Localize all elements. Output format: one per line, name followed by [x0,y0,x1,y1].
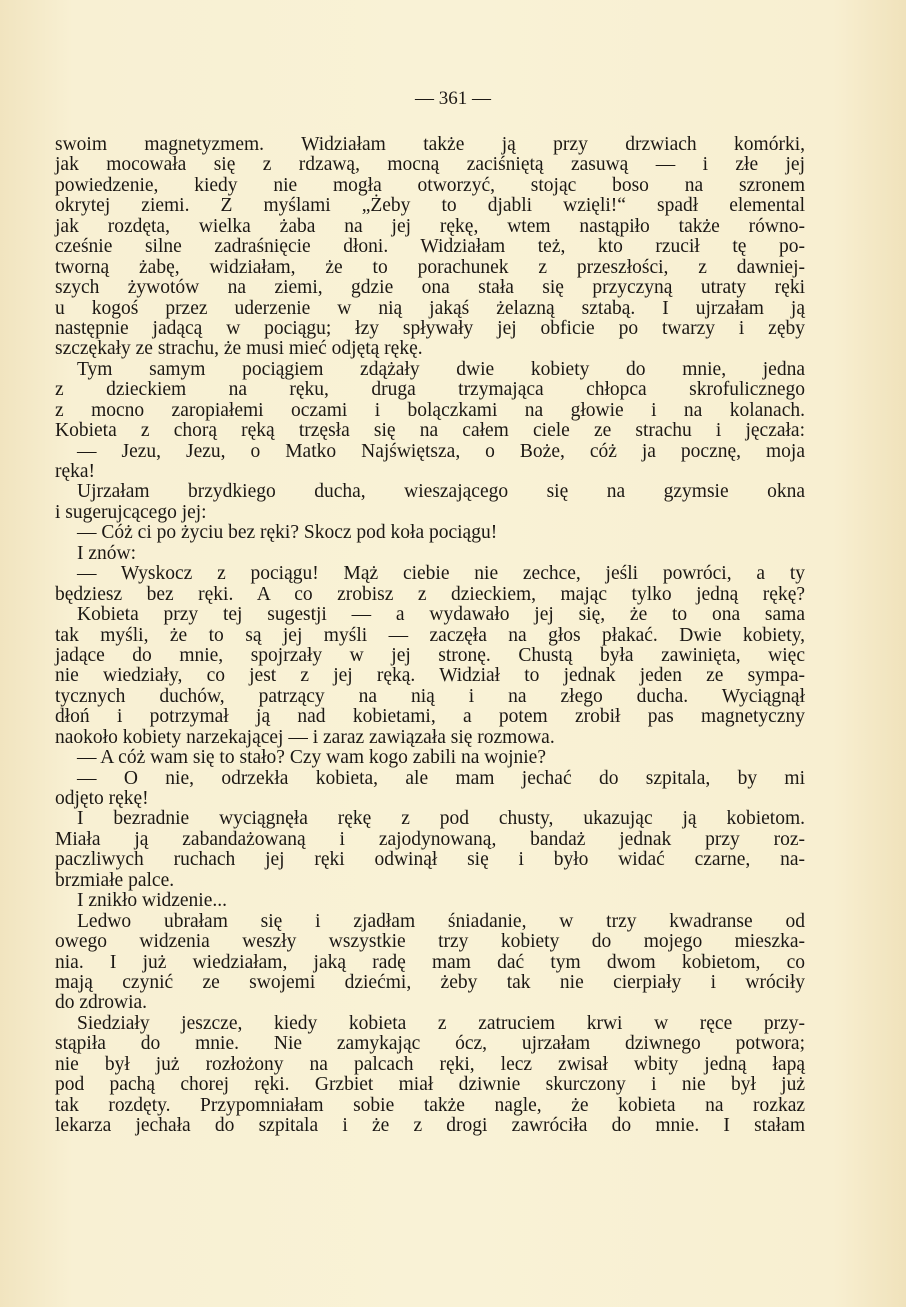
text-line: pod pachą chorej ręki. Grzbiet miał dziw… [55,1075,805,1095]
text-line: tycznych duchów, patrzący na nią i na zł… [55,687,805,707]
text-line: tak myśli, że to są jej myśli — zaczęła … [55,626,805,646]
text-line: naokoło kobiety narzekającej — i zaraz z… [55,728,805,748]
text-line: nie wiedziały, co jest z jej ręką. Widzi… [55,666,805,686]
text-line: brzmiałe palce. [55,871,805,891]
text-line: — Jezu, Jezu, o Matko Najświętsza, o Boż… [55,442,805,462]
text-line: następnie jadącą w pociągu; łzy spływały… [55,319,805,339]
text-line: okrytej ziemi. Z myślami „Żeby to djabli… [55,196,805,216]
text-line: odjęto rękę! [55,789,805,809]
text-line: dłoń i potrzymał ją nad kobietami, a pot… [55,707,805,727]
text-line: Ledwo ubrałam się i zjadłam śniadanie, w… [55,912,805,932]
text-line: I znów: [55,544,805,564]
text-line: — Wyskocz z pociągu! Mąż ciebie nie zech… [55,564,805,584]
text-line: paczliwych ruchach jej ręki odwinął się … [55,850,805,870]
text-line: swoim magnetyzmem. Widziałam także ją pr… [55,135,805,155]
text-line: jak mocowała się z rdzawą, mocną zaciśni… [55,155,805,175]
text-line: Tym samym pociągiem zdążały dwie kobiety… [55,360,805,380]
text-line: jak rozdęta, wielka żaba na jej rękę, wt… [55,217,805,237]
text-line: z dzieckiem na ręku, druga trzymająca ch… [55,380,805,400]
text-line: z mocno zaropiałemi oczami i bolączkami … [55,401,805,421]
text-line: lekarza jechała do szpitala i że z drogi… [55,1116,805,1136]
text-line: I znikło widzenie... [55,891,805,911]
text-line: I bezradnie wyciągnęła rękę z pod chusty… [55,809,805,829]
page-number: — 361 — [0,88,906,110]
text-line: i sugerujcącego jej: [55,503,805,523]
text-line: ręka! [55,462,805,482]
text-line: cześnie silne zadraśnięcie dłoni. Widzia… [55,237,805,257]
text-line: Miała ją zabandażowaną i zajodynowaną, b… [55,830,805,850]
text-line: stąpiła do mnie. Nie zamykając ócz, ujrz… [55,1034,805,1054]
text-line: Siedziały jeszcze, kiedy kobieta z zatru… [55,1014,805,1034]
text-line: Kobieta z chorą ręką trzęsła się na całe… [55,421,805,441]
text-line: u kogoś przez uderzenie w nią jakąś żela… [55,299,805,319]
text-line: mają czynić ze swojemi dziećmi, żeby tak… [55,973,805,993]
text-line: szych żywotów na ziemi, gdzie ona stała … [55,278,805,298]
text-line: jadące do mnie, spojrzały w jej stronę. … [55,646,805,666]
text-line: Kobieta przy tej sugestji — a wydawało j… [55,605,805,625]
text-line: tak rozdęty. Przypomniałam sobie także n… [55,1096,805,1116]
text-line: powiedzenie, kiedy nie mogła otworzyć, s… [55,176,805,196]
text-line: — O nie, odrzekła kobieta, ale mam jecha… [55,769,805,789]
text-line: Ujrzałam brzydkiego ducha, wieszającego … [55,482,805,502]
text-line: nie był już rozłożony na palcach ręki, l… [55,1055,805,1075]
text-line: do zdrowia. [55,993,805,1013]
text-line: — A cóż wam się to stało? Czy wam kogo z… [55,748,805,768]
text-line: tworną żabę, widziałam, że to porachunek… [55,258,805,278]
text-line: owego widzenia weszły wszystkie trzy kob… [55,932,805,952]
body-text: swoim magnetyzmem. Widziałam także ją pr… [55,135,805,1136]
text-line: nia. I już wiedziałam, jaką radę mam dać… [55,953,805,973]
text-line: szczękały ze strachu, że musi mieć odjęt… [55,339,805,359]
text-line: — Cóż ci po życiu bez ręki? Skocz pod ko… [55,523,805,543]
text-line: będziesz bez ręki. A co zrobisz z dzieck… [55,585,805,605]
